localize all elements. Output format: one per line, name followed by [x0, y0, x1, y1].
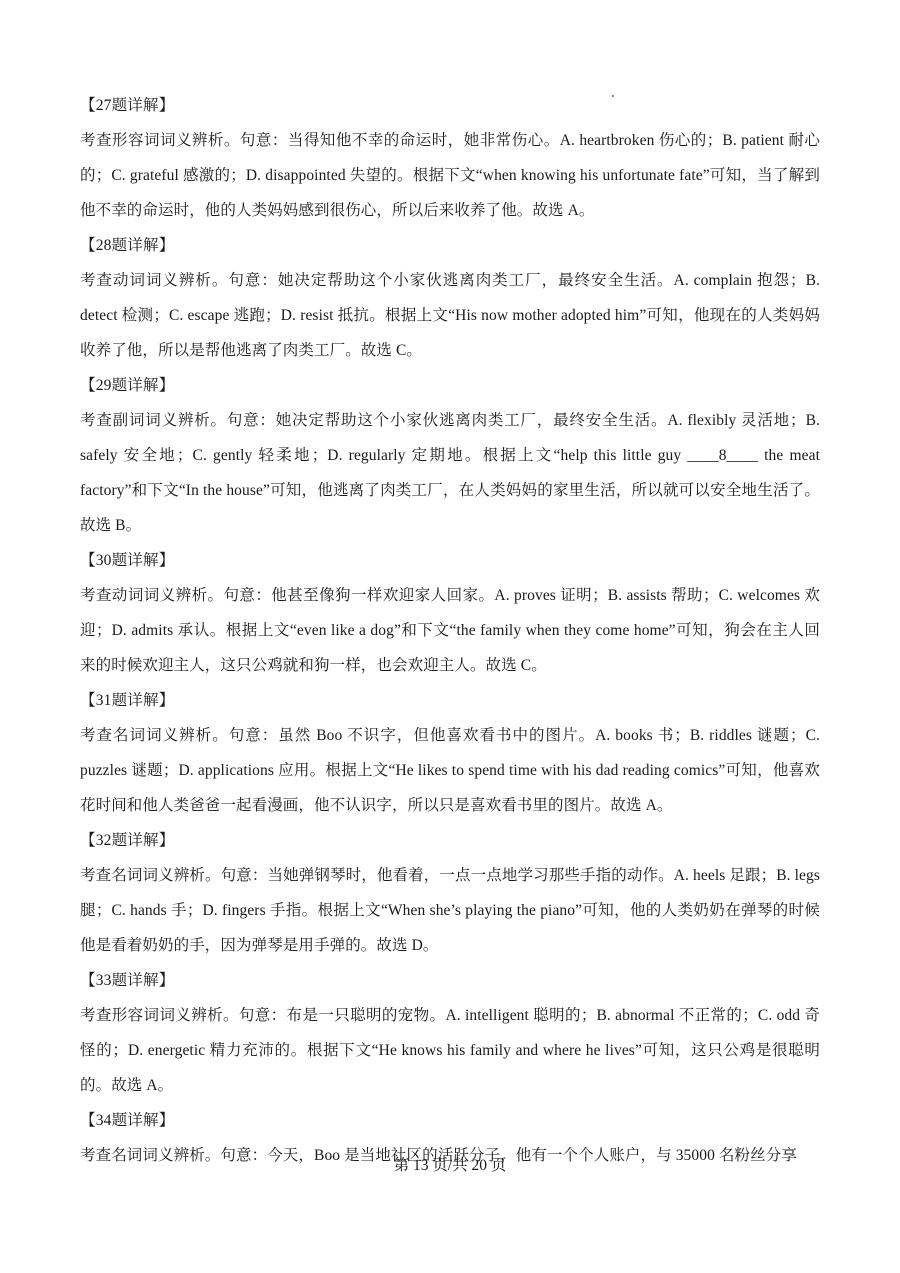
explanation-32: 【32题详解】 考查名词词义辨析。句意：当她弹钢琴时，他看着，一点一点地学习那些… — [80, 823, 820, 963]
explanation-33: 【33题详解】 考查形容词词义辨析。句意：布是一只聪明的宠物。A. intell… — [80, 963, 820, 1103]
section-heading: 【34题详解】 — [80, 1103, 820, 1138]
section-heading: 【29题详解】 — [80, 368, 820, 403]
page-number-footer: 第 13 页/共 20 页 — [0, 1155, 900, 1177]
document-page: 【27题详解】 考查形容词词义辨析。句意：当得知他不幸的命运时，她非常伤心。A.… — [80, 88, 820, 1173]
section-body: 考查动词词义辨析。句意：她决定帮助这个小家伙逃离肉类工厂，最终安全生活。A. c… — [80, 263, 820, 368]
section-heading: 【31题详解】 — [80, 683, 820, 718]
section-heading: 【28题详解】 — [80, 228, 820, 263]
explanation-27: 【27题详解】 考查形容词词义辨析。句意：当得知他不幸的命运时，她非常伤心。A.… — [80, 88, 820, 228]
section-heading: 【27题详解】 — [80, 88, 820, 123]
section-body: 考查动词词义辨析。句意：他甚至像狗一样欢迎家人回家。A. proves 证明；B… — [80, 578, 820, 683]
section-body: 考查名词词义辨析。句意：当她弹钢琴时，他看着，一点一点地学习那些手指的动作。A.… — [80, 858, 820, 963]
explanation-31: 【31题详解】 考查名词词义辨析。句意：虽然 Boo 不识字，但他喜欢看书中的图… — [80, 683, 820, 823]
explanation-29: 【29题详解】 考查副词词义辨析。句意：她决定帮助这个小家伙逃离肉类工厂，最终安… — [80, 368, 820, 543]
section-body: 考查副词词义辨析。句意：她决定帮助这个小家伙逃离肉类工厂，最终安全生活。A. f… — [80, 403, 820, 543]
section-heading: 【33题详解】 — [80, 963, 820, 998]
section-heading: 【32题详解】 — [80, 823, 820, 858]
explanation-28: 【28题详解】 考查动词词义辨析。句意：她决定帮助这个小家伙逃离肉类工厂，最终安… — [80, 228, 820, 368]
section-body: 考查名词词义辨析。句意：虽然 Boo 不识字，但他喜欢看书中的图片。A. boo… — [80, 718, 820, 823]
explanation-30: 【30题详解】 考查动词词义辨析。句意：他甚至像狗一样欢迎家人回家。A. pro… — [80, 543, 820, 683]
section-body: 考查形容词词义辨析。句意：当得知他不幸的命运时，她非常伤心。A. heartbr… — [80, 123, 820, 228]
section-body: 考查形容词词义辨析。句意：布是一只聪明的宠物。A. intelligent 聪明… — [80, 998, 820, 1103]
section-heading: 【30题详解】 — [80, 543, 820, 578]
